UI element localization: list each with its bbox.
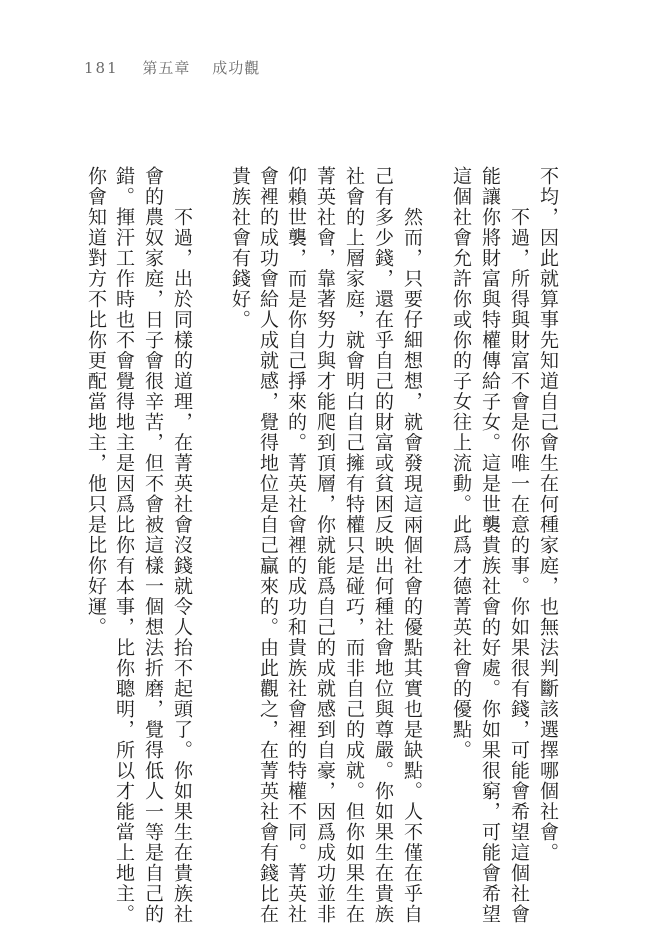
- body-text: 不均，因此就算事先知道自己會生在何種家庭，也無法判斷該選擇哪個社會。 不過，所得…: [0, 0, 663, 932]
- text-column: 菁英社會，靠著努力與才能爬到頂層，你就能爲自己的成就感到自豪，因爲成功並非: [314, 166, 336, 925]
- text-column: 不過，出於同樣的道理，在菁英社會沒錢就令人抬不起頭了。你如果生在貴族社: [171, 207, 193, 925]
- text-column: 會的農奴家庭，日子會很辛苦，但不會被這樣一個想法折磨，覺得低人一等是自己的: [142, 166, 164, 925]
- text-column: 社會的上層家庭，就會明白自己擁有特權只是碰巧，而非自己的成就。但你如果生在: [343, 166, 365, 925]
- text-column: 己有多少錢，還在乎自己的財富或貧困反映出何種社會地位與尊嚴。你如果生在貴族: [372, 166, 394, 925]
- text-column: 貴族社會有錢好。: [229, 166, 251, 330]
- text-column: 不均，因此就算事先知道自己會生在何種家庭，也無法判斷該選擇哪個社會。: [537, 166, 559, 863]
- text-column: 能讓你將財富與特權傳給子女。這是世襲貴族社會的好處。你如果很窮，可能會希望: [479, 166, 501, 925]
- text-column: 錯。揮汗工作時也不會覺得地主是因爲比你有本事，比你聰明，所以才能當上地主。: [113, 166, 135, 925]
- text-column: 然而，只要仔細想想，就會發現這兩個社會的優點其實也是缺點。人不僅在乎自: [401, 207, 423, 925]
- text-column: 會裡的成功會給人成就感，覺得地位是自己贏來的。由此觀之，在菁英社會有錢比在: [257, 166, 279, 925]
- text-column: 仰賴世襲，而是你自己掙來的。菁英社會裡的成功和貴族社會裡的特權不同。菁英社: [285, 166, 307, 925]
- text-column: 這個社會允許你或你的子女往上流動。此爲才德菁英社會的優點。: [450, 166, 472, 761]
- text-column: 不過，所得與財富不會是你唯一在意的事。你如果很有錢，可能會希望這個社會: [508, 207, 530, 925]
- text-column: 你會知道對方不比你更配當地主，他只是比你好運。: [85, 166, 107, 638]
